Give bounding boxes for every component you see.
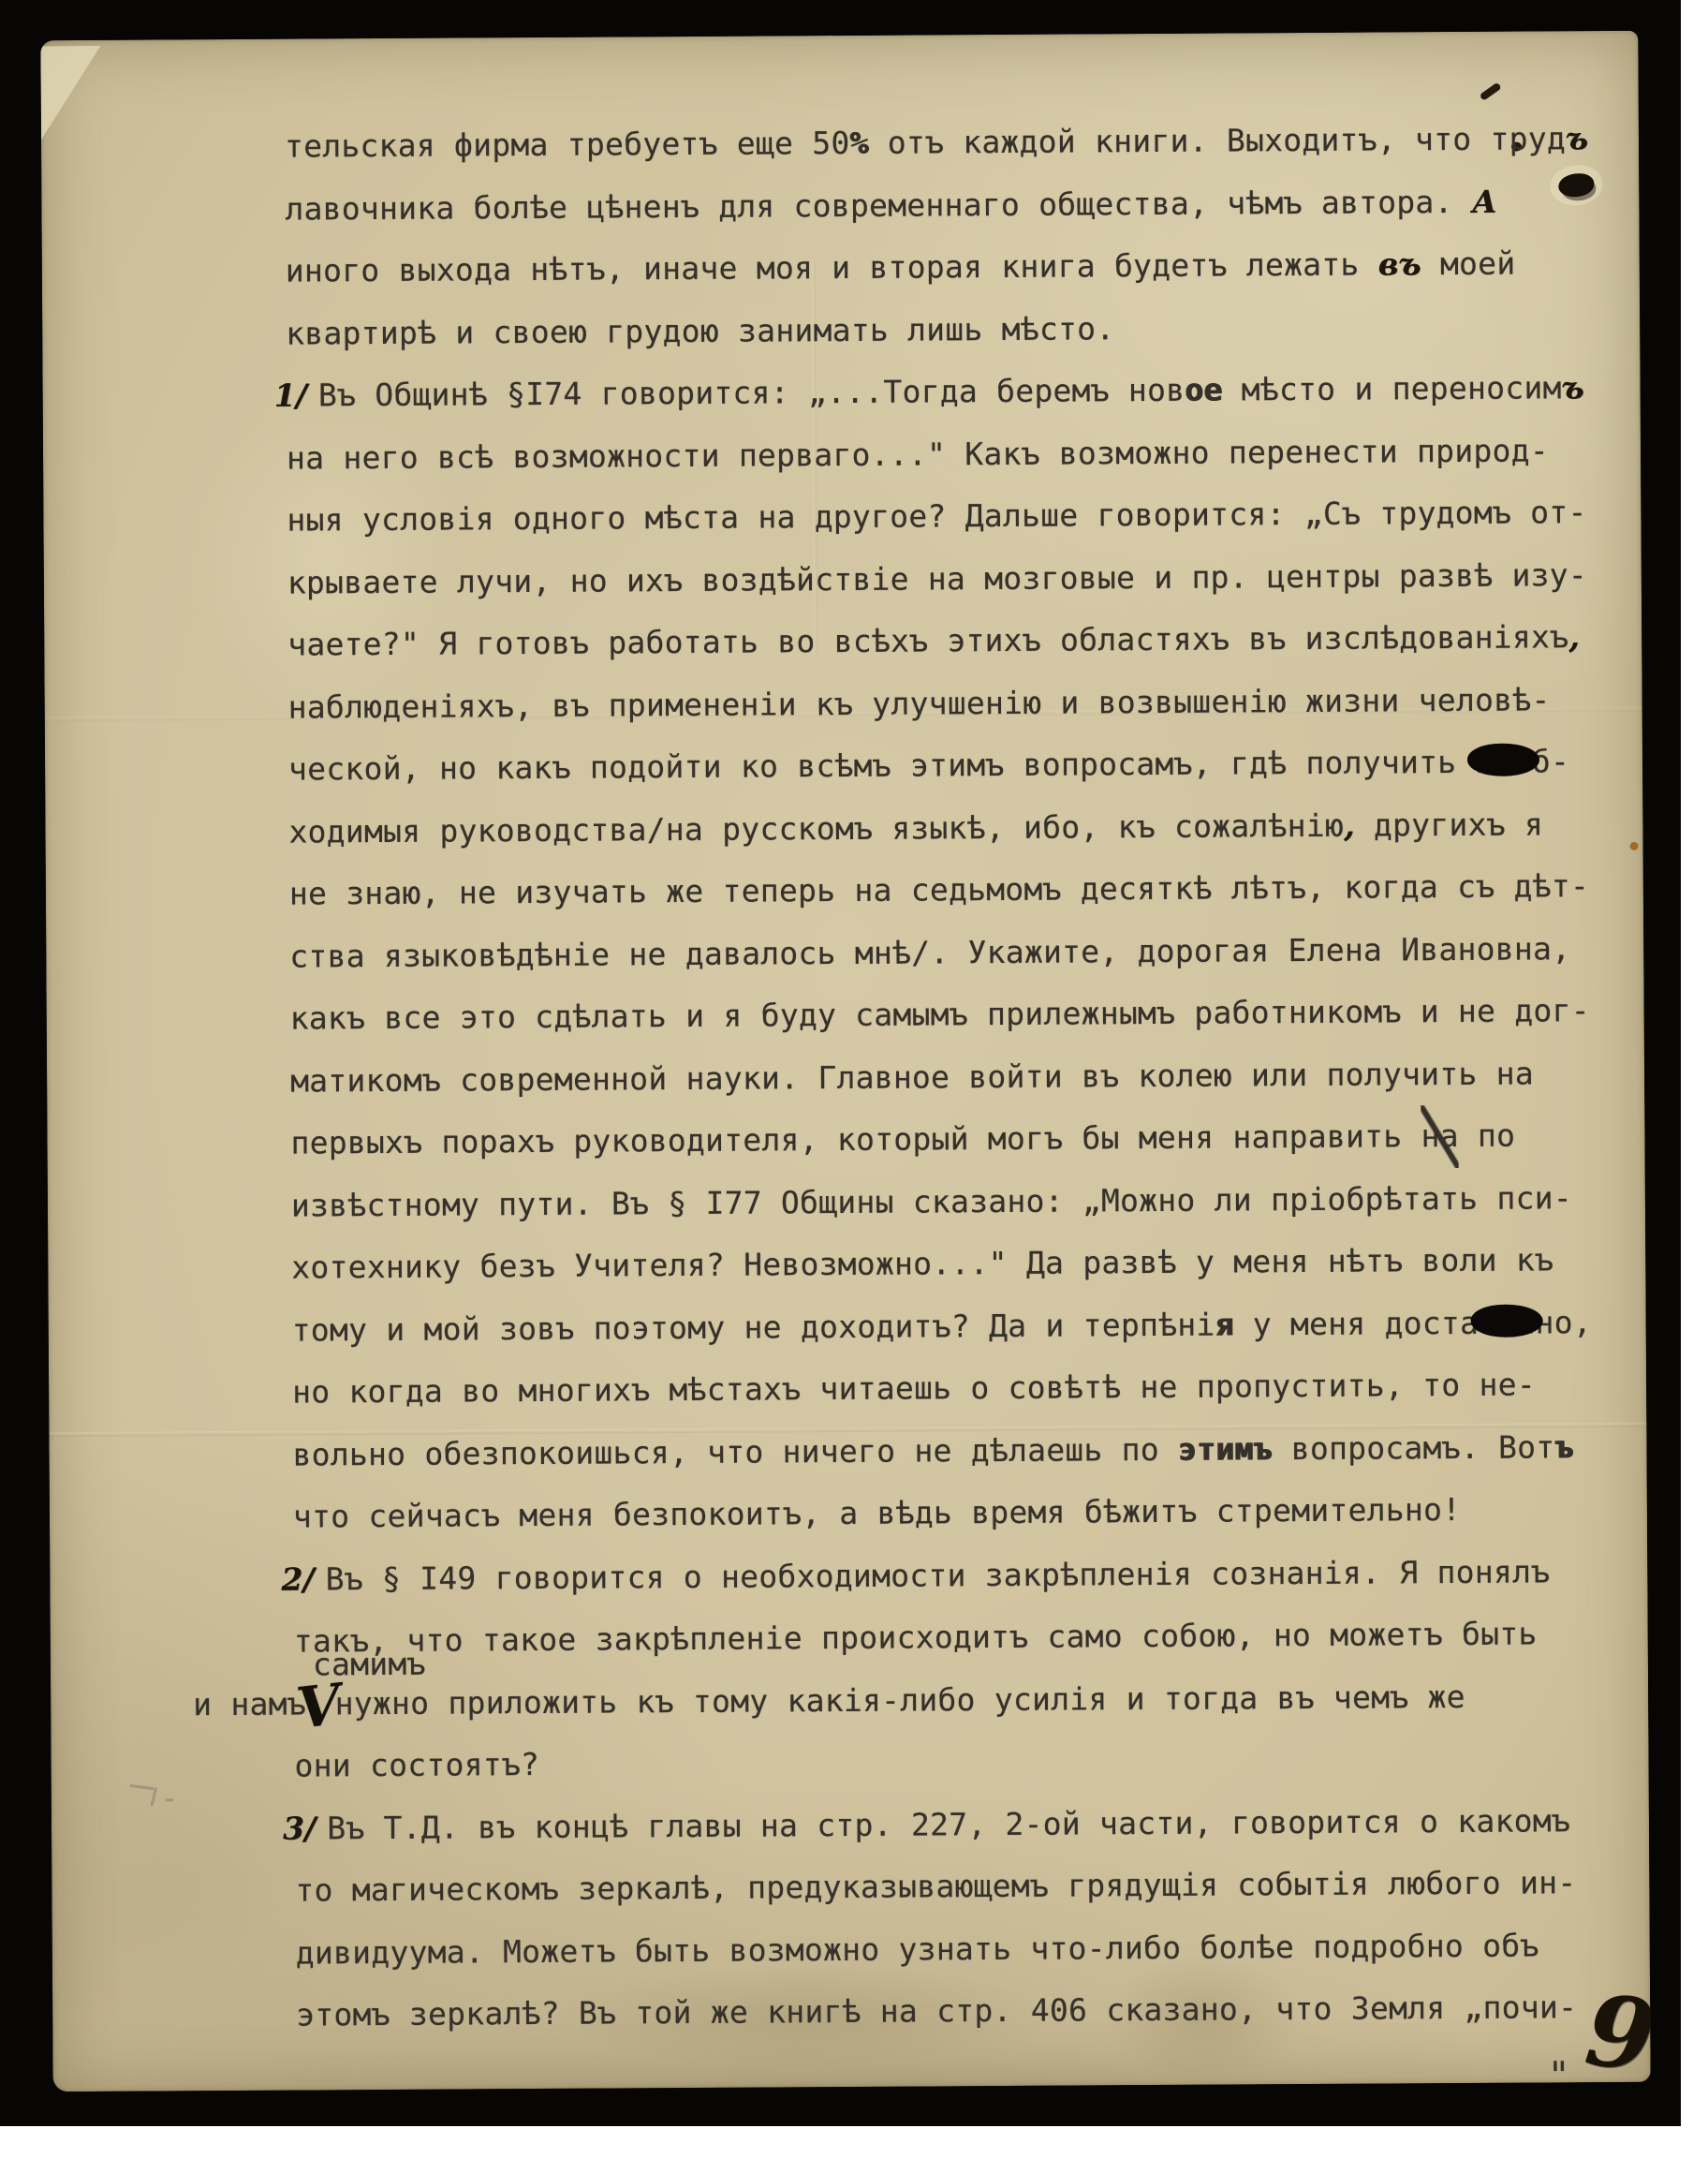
typed-line: квартирѣ и своею грудою занимать лишь мѣ… [286,294,1640,364]
typed-line: но когда во многихъ мѣстахъ читаешь о со… [292,1353,1646,1424]
typed-line: хотехнику безъ Учителя? Невозможно..." Д… [291,1229,1645,1299]
typed-text: лавочника болѣе цѣненъ для современнаго … [285,183,1472,227]
typed-text: не знаю, не изучать же теперь на седьмом… [289,867,1589,911]
typed-text: тельская фирма требуетъ еще 50 [285,125,850,165]
handwritten-correction: 1/ [274,377,319,413]
typed-text: но, [1535,1304,1592,1340]
typed-line: ходимыя руководства/на русскомъ языкѣ, и… [288,792,1642,863]
typed-line: дивидуума. Можетъ быть возможно узнать ч… [296,1914,1650,1984]
typed-text: по [1459,1117,1516,1154]
typed-text: что сейчасъ меня безпокоитъ, а вѣдь врем… [293,1491,1462,1535]
handwritten-correction: А [1472,183,1497,219]
typed-line: то магическомъ зеркалѣ, предуказывающемъ… [295,1852,1649,1922]
typed-text: чаете?" Я готовъ работать во всѣхъ этихъ… [287,618,1568,662]
insertion-caret: V [297,1704,341,1708]
typed-text: квартирѣ и своею грудою занимать лишь мѣ… [286,310,1114,351]
typed-line: какъ все это сдѣлать и я буду самымъ при… [290,980,1644,1050]
typed-text: первыхъ порахъ руководителя, который мог… [290,1117,1421,1160]
ink-blot-over-text: точ [1479,1304,1536,1340]
scan-photo: { "palette": { "paper": "#d2c5a1", "type… [0,0,1708,2158]
typed-line: и намъVнужно приложить къ тому какія-либ… [193,1664,1648,1736]
typed-line: такъ, что такое закрѣпленіе происходитъ … [294,1603,1648,1673]
typed-line: тому и мой зовъ поэтому не доходитъ? Да … [292,1291,1646,1361]
typed-line: не знаю, не изучать же теперь на седьмом… [289,855,1643,925]
typed-text: этомъ зеркалѣ? Въ той же книгѣ на стр. 4… [296,1988,1577,2032]
typed-line: лавочника болѣе цѣненъ для современнаго … [285,170,1639,240]
handwritten-correction: , [1344,806,1355,843]
handwritten-page-digit: 9 [1582,1981,1651,2086]
typed-line: иного выхода нѣтъ, иначе моя и вторая кн… [286,232,1640,303]
typed-text: наблюденіяхъ, въ примененіи къ улучшенію… [288,681,1551,725]
letter-body: тельская фирма требуетъ еще 50% отъ кажд… [40,31,1650,2048]
typed-text: иного выхода нѣтъ, иначе моя и вторая кн… [286,246,1378,289]
typed-line: первыхъ порахъ руководителя, который мог… [290,1104,1644,1175]
typed-line: на него всѣ возможности перваго..." Какъ… [287,419,1641,489]
handwritten-correction: , [1568,618,1580,655]
handwritten-correction: ъ [1566,120,1588,156]
typed-text: у меня доста [1234,1304,1480,1342]
typed-line: крываете лучи, но ихъ воздѣйствіе на моз… [287,543,1642,613]
letter-page: тельская фирма требуетъ еще 50% отъ кажд… [40,31,1650,2091]
typed-text: какъ все это сдѣлать и я буду самымъ при… [290,992,1590,1036]
typed-text: отъ каждой книги. Выходитъ, что труд [869,120,1567,161]
typed-text: Въ Общинѣ §I74 говорится: „...Тогда бере… [318,372,1185,414]
typed-text: ныя условія одного мѣста на другое? Даль… [287,494,1586,538]
ink-blot-over-text: нео [1475,744,1532,780]
handwritten-correction: 3/ [283,1810,328,1846]
typed-text: ходимыя руководства/на русскомъ языкѣ, и… [288,806,1344,850]
typed-line: ства языковѣдѣніе не давалось мнѣ/. Укаж… [289,917,1643,987]
overtyped-text: % [849,125,868,161]
typed-text: они состоятъ? [294,1746,539,1784]
typed-text: вольно обезпокоишься, что ничего не дѣла… [292,1430,1178,1472]
overtyped-text: ое [1185,372,1222,408]
overtyped-text: этимъ [1178,1430,1273,1468]
handwritten-correction: 2/ [281,1560,326,1597]
typed-text: извѣстному пути. Въ § I77 Общины сказано… [291,1179,1572,1223]
typed-line: 3/ Въ Т.Д. въ концѣ главы на стр. 227, 2… [283,1789,1649,1859]
typed-line: тельская фирма требуетъ еще 50% отъ кажд… [285,108,1639,178]
handwritten-correction: ъ [1562,369,1584,406]
handwritten-correction: въ [1378,245,1421,282]
overtyped-text: я [1215,1306,1233,1342]
typed-text: и намъ [193,1685,306,1722]
typed-text: другихъ я [1355,806,1543,843]
typed-text: дивидуума. Можетъ быть возможно узнать ч… [296,1927,1539,1971]
typed-text: хотехнику безъ Учителя? Невозможно..." Д… [291,1241,1553,1285]
typed-text: мѣсто и переносим [1222,369,1561,407]
typed-line: этомъ зеркалѣ? Въ той же книгѣ на стр. 4… [296,1976,1650,2047]
typed-line: 2/ Въ § I49 говорится о необходимости за… [281,1540,1647,1610]
typed-text: тому и мой зовъ поэтому не доходитъ? Да … [292,1306,1215,1348]
typed-line: они состоятъ? [294,1727,1648,1797]
typed-text: матикомъ современной науки. Главное войт… [290,1055,1534,1099]
typed-text: на него всѣ возможности перваго..." Какъ… [287,432,1549,476]
typed-line: наблюденіяхъ, въ примененіи къ улучшенію… [287,668,1642,738]
typed-line: матикомъ современной науки. Главное войт… [290,1042,1644,1112]
typed-text: но когда во многихъ мѣстахъ читаешь о со… [292,1367,1536,1411]
typed-text: то магическомъ зеркалѣ, предуказывающемъ… [295,1864,1576,1908]
typed-text: ства языковѣдѣніе не давалось мнѣ/. Укаж… [289,930,1570,974]
typed-line: вольно обезпокоишься, что ничего не дѣла… [292,1415,1646,1485]
typed-text: вопросамъ. Вот [1273,1428,1555,1467]
typed-text: Въ Т.Д. въ концѣ главы на стр. 227, 2-ой… [327,1802,1570,1846]
typed-line: ныя условія одного мѣста на другое? Даль… [287,481,1641,552]
typed-text: крываете лучи, но ихъ воздѣйствіе на моз… [287,556,1587,600]
typed-line: 1/ Въ Общинѣ §I74 говорится: „...Тогда б… [273,357,1640,427]
typed-text: такъ, что такое закрѣпленіе происходитъ … [294,1616,1538,1660]
struck-out-word: на [1421,1105,1459,1168]
typed-text: нужно приложить къ тому какія-либо усилі… [335,1678,1465,1721]
typed-text: Въ § I49 говорится о необходимости закрѣ… [326,1553,1551,1597]
typed-line: чаете?" Я готовъ работать во всѣхъ этихъ… [287,606,1642,676]
typed-line: извѣстному пути. Въ § I77 Общины сказано… [291,1166,1645,1236]
typed-text: моей [1421,245,1516,283]
typed-text: ческой, но какъ подойти ко всѣмъ этимъ в… [288,744,1476,788]
overtyped-text: ъ [1554,1428,1573,1465]
inserted-word-above-line: самимъ [313,1633,426,1695]
typed-line: ческой, но какъ подойти ко всѣмъ этимъ в… [288,731,1642,801]
typed-line: что сейчасъ меня безпокоитъ, а вѣдь врем… [293,1478,1647,1548]
